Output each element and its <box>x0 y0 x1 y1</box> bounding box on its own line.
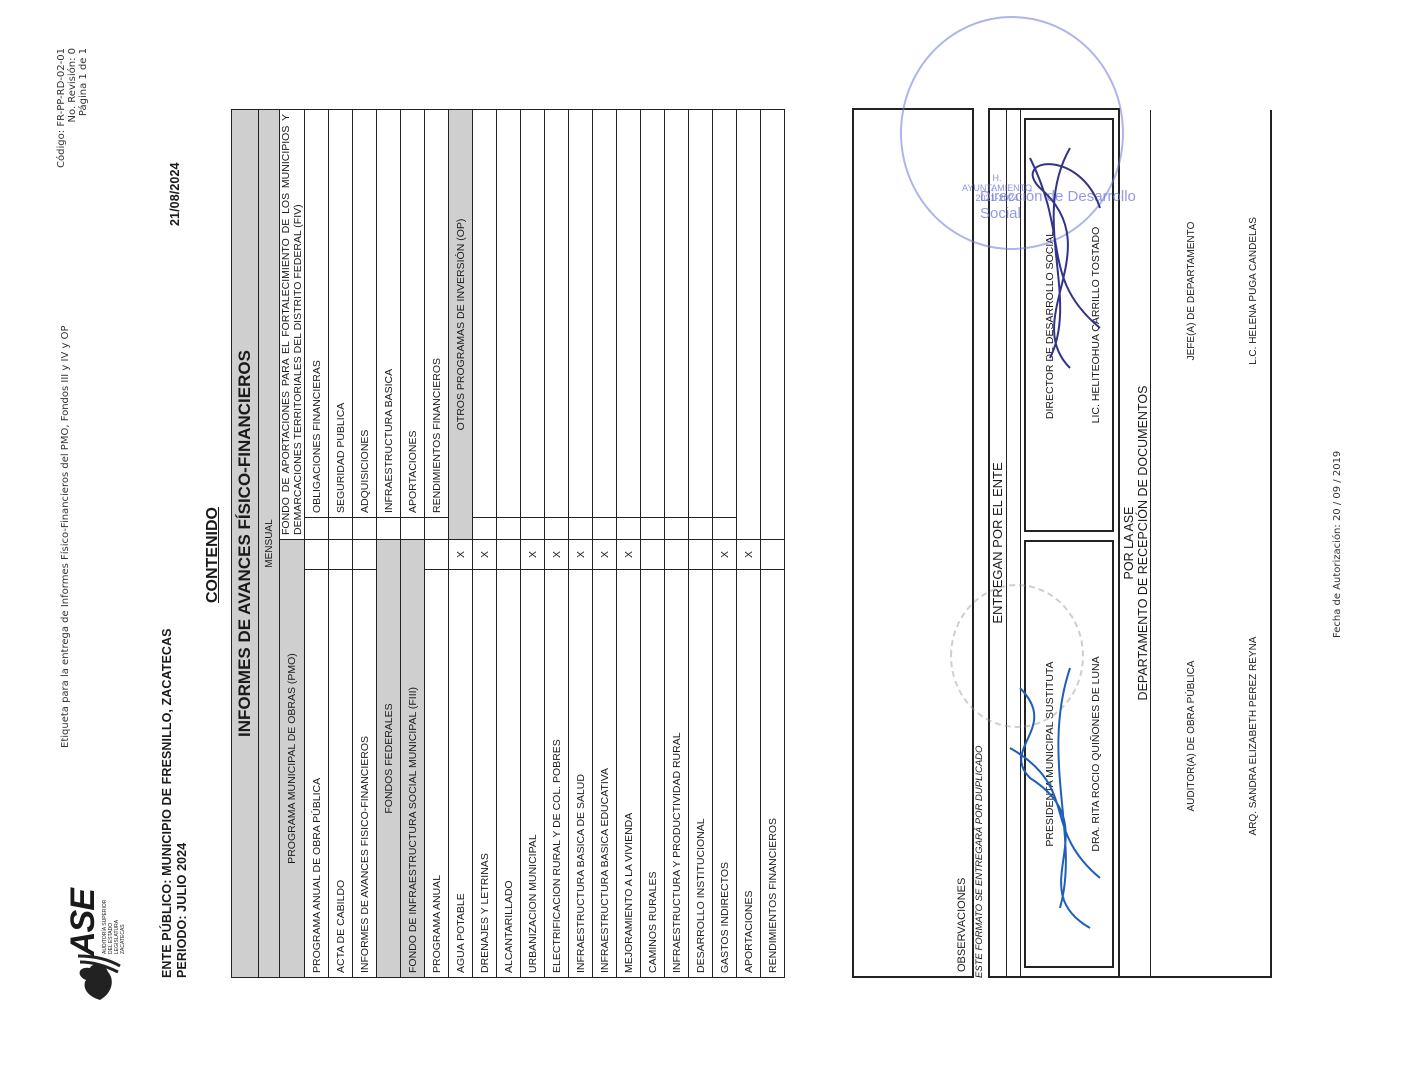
ase-role-2: JEFE(A) DE DEPARTAMENTO <box>1186 126 1197 456</box>
periodo: PERIODO: JULIO 2024 <box>175 843 189 978</box>
row-checkbox[interactable] <box>665 540 689 570</box>
table-row: MEJORAMIENTO A LA VIVIENDAX <box>617 110 641 978</box>
row-label: RENDIMIENTOS FINANCIEROS <box>425 110 449 518</box>
row-label: ALCANTARILLADO <box>497 570 521 978</box>
table-row: APORTACIONESX <box>737 110 761 978</box>
row-checkbox[interactable]: X <box>449 540 473 570</box>
table-row: CAMINOS RURALES <box>641 110 665 978</box>
table-row: DESARROLLO INSTITUCIONAL <box>689 110 713 978</box>
row-checkbox[interactable]: X <box>545 540 569 570</box>
fecha-autorizacion: Fecha de Autorización: 20 / 09 / 2019 <box>1332 451 1343 638</box>
table-row: PROGRAMA ANUAL DE OBRA PÚBLICAOBLIGACION… <box>305 110 329 978</box>
table-row: ALCANTARILLADO <box>497 110 521 978</box>
row-label: PROGRAMA ANUAL DE OBRA PÚBLICA <box>305 570 329 978</box>
ase-title: POR LA ASE DEPARTAMENTO DE RECEPCIÓN DE … <box>1122 110 1150 976</box>
row-label: AGUA POTABLE <box>449 570 473 978</box>
row-checkbox[interactable] <box>545 518 569 540</box>
row-checkbox[interactable]: X <box>593 540 617 570</box>
row-checkbox[interactable] <box>329 540 353 570</box>
table-row: INFRAESTRUCTURA BASICA EDUCATIVAX <box>593 110 617 978</box>
row-label <box>593 110 617 518</box>
table-row: DRENAJES Y LETRINASX <box>473 110 497 978</box>
table-row: URBANIZACION MUNICIPALX <box>521 110 545 978</box>
row-checkbox[interactable] <box>425 518 449 540</box>
row-label: MEJORAMIENTO A LA VIVIENDA <box>617 570 641 978</box>
duplicado-note: ESTE FORMATO SE ENTREGARÁ POR DUPLICADO <box>974 746 985 978</box>
row-label: INFORMES DE AVANCES FISICO-FINANCIEROS <box>353 570 377 978</box>
row-label <box>641 110 665 518</box>
table-row: PROGRAMA MUNICIPAL DE OBRAS (PMO)FONDO D… <box>280 110 305 978</box>
table-row: AGUA POTABLEXOTROS PROGRAMAS DE INVERSIÓ… <box>449 110 473 978</box>
ase-title-2: DEPARTAMENTO DE RECEPCIÓN DE DOCUMENTOS <box>1136 110 1150 976</box>
observaciones-label: OBSERVACIONES <box>956 878 968 972</box>
ente-publico: ENTE PÚBLICO: MUNICIPIO DE FRESNILLO, ZA… <box>160 628 174 978</box>
row-checkbox[interactable] <box>641 518 665 540</box>
table-row: RENDIMIENTOS FINANCIEROS <box>761 110 785 978</box>
row-label <box>665 110 689 518</box>
row-checkbox[interactable] <box>497 540 521 570</box>
section-header: OTROS PROGRAMAS DE INVERSIÓN (OP) <box>449 110 473 540</box>
row-checkbox[interactable] <box>689 518 713 540</box>
table-row: INFORMES DE AVANCES FISICO-FINANCIEROSAD… <box>353 110 377 978</box>
row-checkbox[interactable] <box>377 518 401 540</box>
row-checkbox[interactable] <box>617 518 641 540</box>
signature-1-icon <box>1000 648 1120 948</box>
row-checkbox[interactable] <box>425 540 449 570</box>
row-label: ACTA DE CABILDO <box>329 570 353 978</box>
row-label: PROGRAMA ANUAL <box>425 570 449 978</box>
row-label <box>545 110 569 518</box>
row-label: APORTACIONES <box>737 570 761 978</box>
codigo: Código: FR-PP-RD-02-01 <box>56 48 67 208</box>
row-label: URBANIZACION MUNICIPAL <box>521 570 545 978</box>
document-page: Etiqueta para la entrega de Informes Fís… <box>0 0 1408 1088</box>
ase-role-1: AUDITOR(A) DE OBRA PÚBLICA <box>1186 496 1197 976</box>
row-checkbox[interactable] <box>401 518 425 540</box>
logo-subtext: AUDITORÍA SUPERIOR DEL ESTADO LEGISLATUR… <box>102 894 126 954</box>
row-checkbox[interactable] <box>353 518 377 540</box>
row-label: DESARROLLO INSTITUCIONAL <box>689 570 713 978</box>
table-row: GASTOS INDIRECTOSX <box>713 110 737 978</box>
contenido-title: CONTENIDO <box>204 507 222 603</box>
row-checkbox[interactable] <box>641 540 665 570</box>
ase-box: POR LA ASE DEPARTAMENTO DE RECEPCIÓN DE … <box>1118 110 1272 978</box>
row-label: APORTACIONES <box>401 110 425 518</box>
row-label: OBLIGACIONES FINANCIERAS <box>305 110 329 518</box>
row-checkbox[interactable] <box>329 518 353 540</box>
row-label <box>569 110 593 518</box>
row-label: RENDIMIENTOS FINANCIEROS <box>761 570 785 978</box>
row-label <box>473 110 497 518</box>
row-checkbox[interactable] <box>353 540 377 570</box>
row-label: ADQUISICIONES <box>353 110 377 518</box>
row-label <box>497 110 521 518</box>
revision: No. Revisión: 0 <box>67 48 78 208</box>
ase-name-1: ARQ. SANDRA ELIZABETH PEREZ REYNA <box>1248 496 1259 976</box>
form-code: Código: FR-PP-RD-02-01 No. Revisión: 0 P… <box>56 48 89 208</box>
signature-2-icon <box>1010 128 1120 388</box>
ase-name-2: L.C. HELENA PUGA CANDELAS <box>1248 126 1259 456</box>
row-checkbox[interactable] <box>305 540 329 570</box>
pagina: Página 1 de 1 <box>78 48 89 208</box>
table-row: FONDO DE INFRAESTRUCTURA SOCIAL MUNICIPA… <box>401 110 425 978</box>
row-label: DRENAJES Y LETRINAS <box>473 570 497 978</box>
row-label: INFRAESTRUCTURA BASICA EDUCATIVA <box>593 570 617 978</box>
row-checkbox[interactable] <box>569 518 593 540</box>
section-header: FONDO DE INFRAESTRUCTURA SOCIAL MUNICIPA… <box>401 540 425 978</box>
row-checkbox[interactable] <box>473 518 497 540</box>
row-label: GASTOS INDIRECTOS <box>713 570 737 978</box>
row-checkbox[interactable] <box>665 518 689 540</box>
observaciones-box[interactable]: OBSERVACIONES <box>852 108 974 978</box>
table-title: INFORMES DE AVANCES FÍSICO-FINANCIEROS <box>232 110 259 978</box>
table-row: INFRAESTRUCTURA BASICA DE SALUDX <box>569 110 593 978</box>
row-label <box>617 110 641 518</box>
row-checkbox[interactable] <box>593 518 617 540</box>
form-caption: Etiqueta para la entrega de Informes Fís… <box>60 326 71 749</box>
section-header: FONDOS FEDERALES <box>377 540 401 978</box>
row-label <box>689 110 713 518</box>
row-label: INFRAESTRUCTURA BASICA <box>377 110 401 518</box>
section-header: FONDO DE APORTACIONES PARA EL FORTALECIM… <box>280 110 305 540</box>
table-subtitle: MENSUAL <box>259 110 280 978</box>
table-row: ELECTRIFICACION RURAL Y DE COL. POBRESX <box>545 110 569 978</box>
row-label: CAMINOS RURALES <box>641 570 665 978</box>
row-checkbox[interactable] <box>305 518 329 540</box>
row-checkbox[interactable] <box>497 518 521 540</box>
row-label: ELECTRIFICACION RURAL Y DE COL. POBRES <box>545 570 569 978</box>
logo-text: ASE <box>64 889 103 956</box>
row-label: SEGURIDAD PUBLICA <box>329 110 353 518</box>
row-checkbox[interactable]: X <box>617 540 641 570</box>
table-row: ACTA DE CABILDOSEGURIDAD PUBLICA <box>329 110 353 978</box>
row-checkbox[interactable]: X <box>473 540 497 570</box>
row-checkbox[interactable]: X <box>569 540 593 570</box>
fecha: 21/08/2024 <box>168 162 182 226</box>
contents-table: INFORMES DE AVANCES FÍSICO-FINANCIEROS M… <box>231 109 785 978</box>
section-header: PROGRAMA MUNICIPAL DE OBRAS (PMO) <box>280 540 305 978</box>
ase-title-1: POR LA ASE <box>1122 110 1136 976</box>
row-checkbox[interactable] <box>713 518 737 540</box>
ase-logo: ASE AUDITORÍA SUPERIOR DEL ESTADO LEGISL… <box>56 896 126 1006</box>
row-label: INFRAESTRUCTURA Y PRODUCTIVIDAD RURAL <box>665 570 689 978</box>
row-label <box>713 110 737 518</box>
row-label: INFRAESTRUCTURA BASICA DE SALUD <box>569 570 593 978</box>
table-row: PROGRAMA ANUALRENDIMIENTOS FINANCIEROS <box>425 110 449 978</box>
row-checkbox[interactable]: X <box>713 540 737 570</box>
row-checkbox[interactable]: X <box>737 540 761 570</box>
row-checkbox[interactable]: X <box>521 540 545 570</box>
row-checkbox[interactable] <box>761 540 785 570</box>
row-label <box>521 110 545 518</box>
row-checkbox[interactable] <box>521 518 545 540</box>
table-row: INFRAESTRUCTURA Y PRODUCTIVIDAD RURAL <box>665 110 689 978</box>
row-checkbox[interactable] <box>689 540 713 570</box>
table-row: FONDOS FEDERALESINFRAESTRUCTURA BASICA <box>377 110 401 978</box>
